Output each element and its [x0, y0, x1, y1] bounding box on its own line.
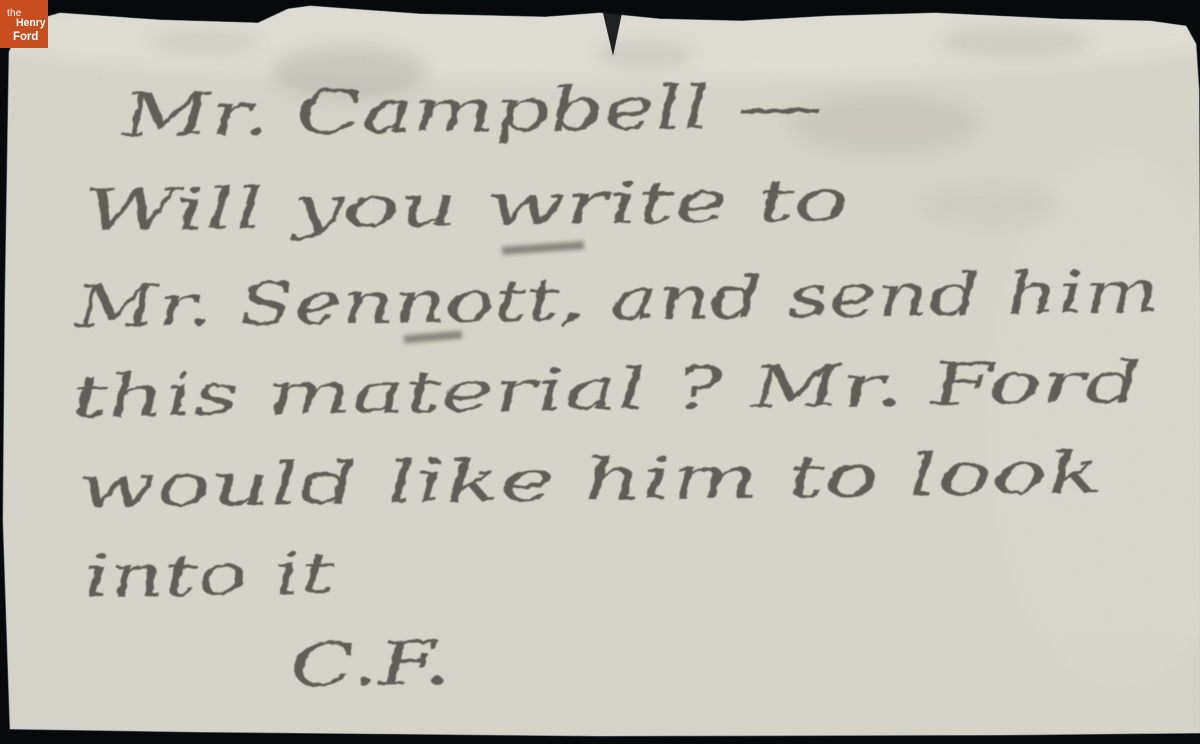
logo-word-henry: Henry: [16, 18, 46, 29]
note-photo-canvas: Mr. Campbell — Will you write to Mr. Sen…: [0, 0, 1200, 744]
handwritten-line-2: Will you write to: [82, 165, 848, 244]
pencil-smudge: [150, 29, 260, 55]
handwritten-signature: C.F.: [289, 627, 450, 699]
handwritten-line-5: would like him to look: [76, 437, 1102, 519]
archival-photo: Mr. Campbell — Will you write to Mr. Sen…: [0, 0, 1200, 744]
handwritten-line-1: Mr. Campbell —: [119, 70, 821, 150]
pencil-smudge: [920, 183, 1060, 227]
logo-word-ford: Ford: [13, 30, 38, 42]
handwritten-line-6: into it: [82, 538, 334, 609]
pencil-smudge: [940, 26, 1090, 58]
henry-ford-logo: the Henry Ford: [0, 0, 48, 48]
